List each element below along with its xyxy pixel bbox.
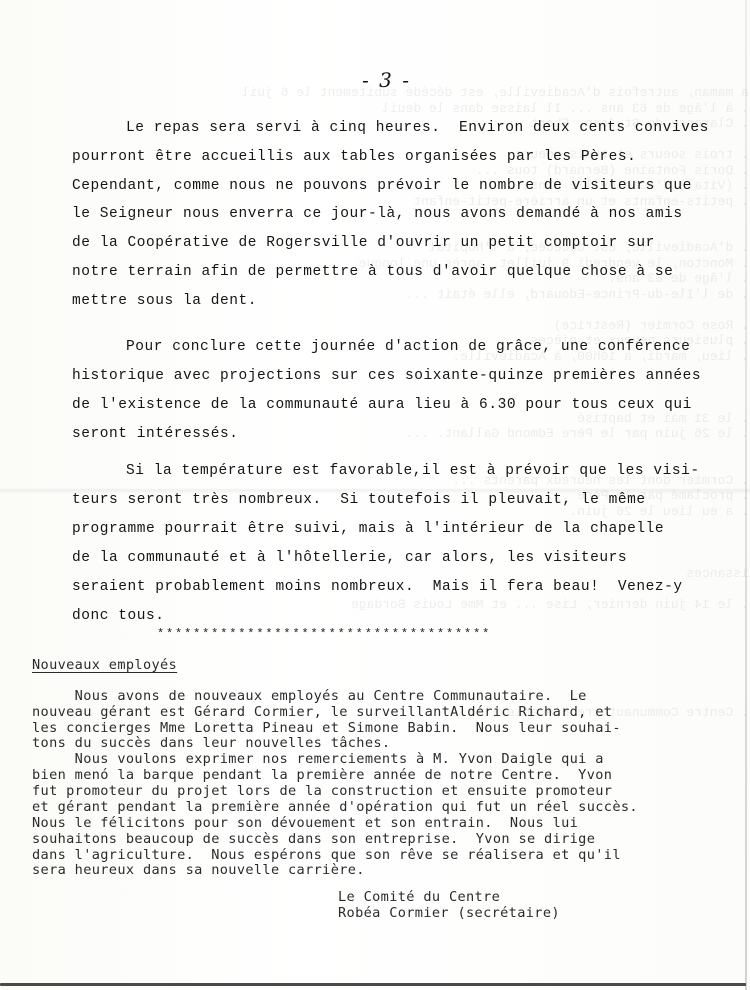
page-edge-bottom [0, 983, 746, 986]
text-line: les concierges Mme Loretta Pineau et Sim… [32, 720, 621, 736]
section-heading: Nouveaux employés [32, 657, 177, 673]
text-line: fut promoteur du projet lors de la const… [32, 783, 612, 799]
scanned-page: sa maman, autrefois d'Acadieville, est d… [0, 0, 750, 990]
text-line: Nous voulons exprimer nos remerciements … [32, 751, 604, 767]
text-line: de la communauté et à l'hôtellerie, car … [72, 548, 627, 568]
text-line: le Seigneur nous enverra ce jour-là, nou… [72, 204, 683, 224]
text-line: donc tous. [72, 606, 165, 626]
text-line: souhaitons beaucoup de succès dans son e… [32, 831, 595, 847]
text-line: sera heureux dans sa nouvelle carrière. [32, 862, 365, 878]
text-line: programme pourrait être suivi, mais à l'… [72, 519, 664, 539]
text-line: mettre sous la dent. [72, 291, 257, 311]
text-line: tons du succès dans leur nouvelles tâche… [32, 735, 390, 751]
text-line: dans l'agriculture. Nous espérons que so… [32, 847, 621, 863]
page-edge-right [745, 0, 747, 990]
page-number: - 3 - [362, 68, 411, 92]
text-line: Si la température est favorable,il est à… [126, 461, 700, 481]
separator-stars: ************************************* [157, 627, 491, 641]
text-line: bien menó la barque pendant la première … [32, 767, 612, 783]
text-line: de la Coopérative de Rogersville d'ouvri… [72, 233, 655, 253]
text-line: Nous le félicitons pour son dévouement e… [32, 815, 578, 831]
text-line: pourront être accueillis aux tables orga… [72, 147, 636, 167]
signature-secretary: Robéa Cormier (secrétaire) [338, 905, 560, 921]
text-line: teurs seront très nombreux. Si toutefois… [72, 490, 646, 510]
text-line: Pour conclure cette journée d'action de … [126, 337, 690, 357]
text-line: seraient probablement moins nombreux. Ma… [72, 577, 683, 597]
text-line: Nous avons de nouveaux employés au Centr… [32, 688, 587, 704]
text-line: nouveau gérant est Gérard Cormier, le su… [32, 704, 612, 720]
text-line: et gérant pendant la première année d'op… [32, 799, 638, 815]
text-line: seront intéressés. [72, 424, 239, 444]
text-line: Le repas sera servi à cinq heures. Envir… [126, 118, 709, 138]
text-line: Cependant, comme nous ne pouvons prévoir… [72, 176, 692, 196]
text-line: historique avec projections sur ces soix… [72, 366, 701, 386]
text-line: notre terrain afin de permettre à tous d… [72, 262, 673, 282]
signature-committee: Le Comité du Centre [338, 889, 500, 905]
text-line: de l'existence de la communauté aura lie… [72, 395, 692, 415]
